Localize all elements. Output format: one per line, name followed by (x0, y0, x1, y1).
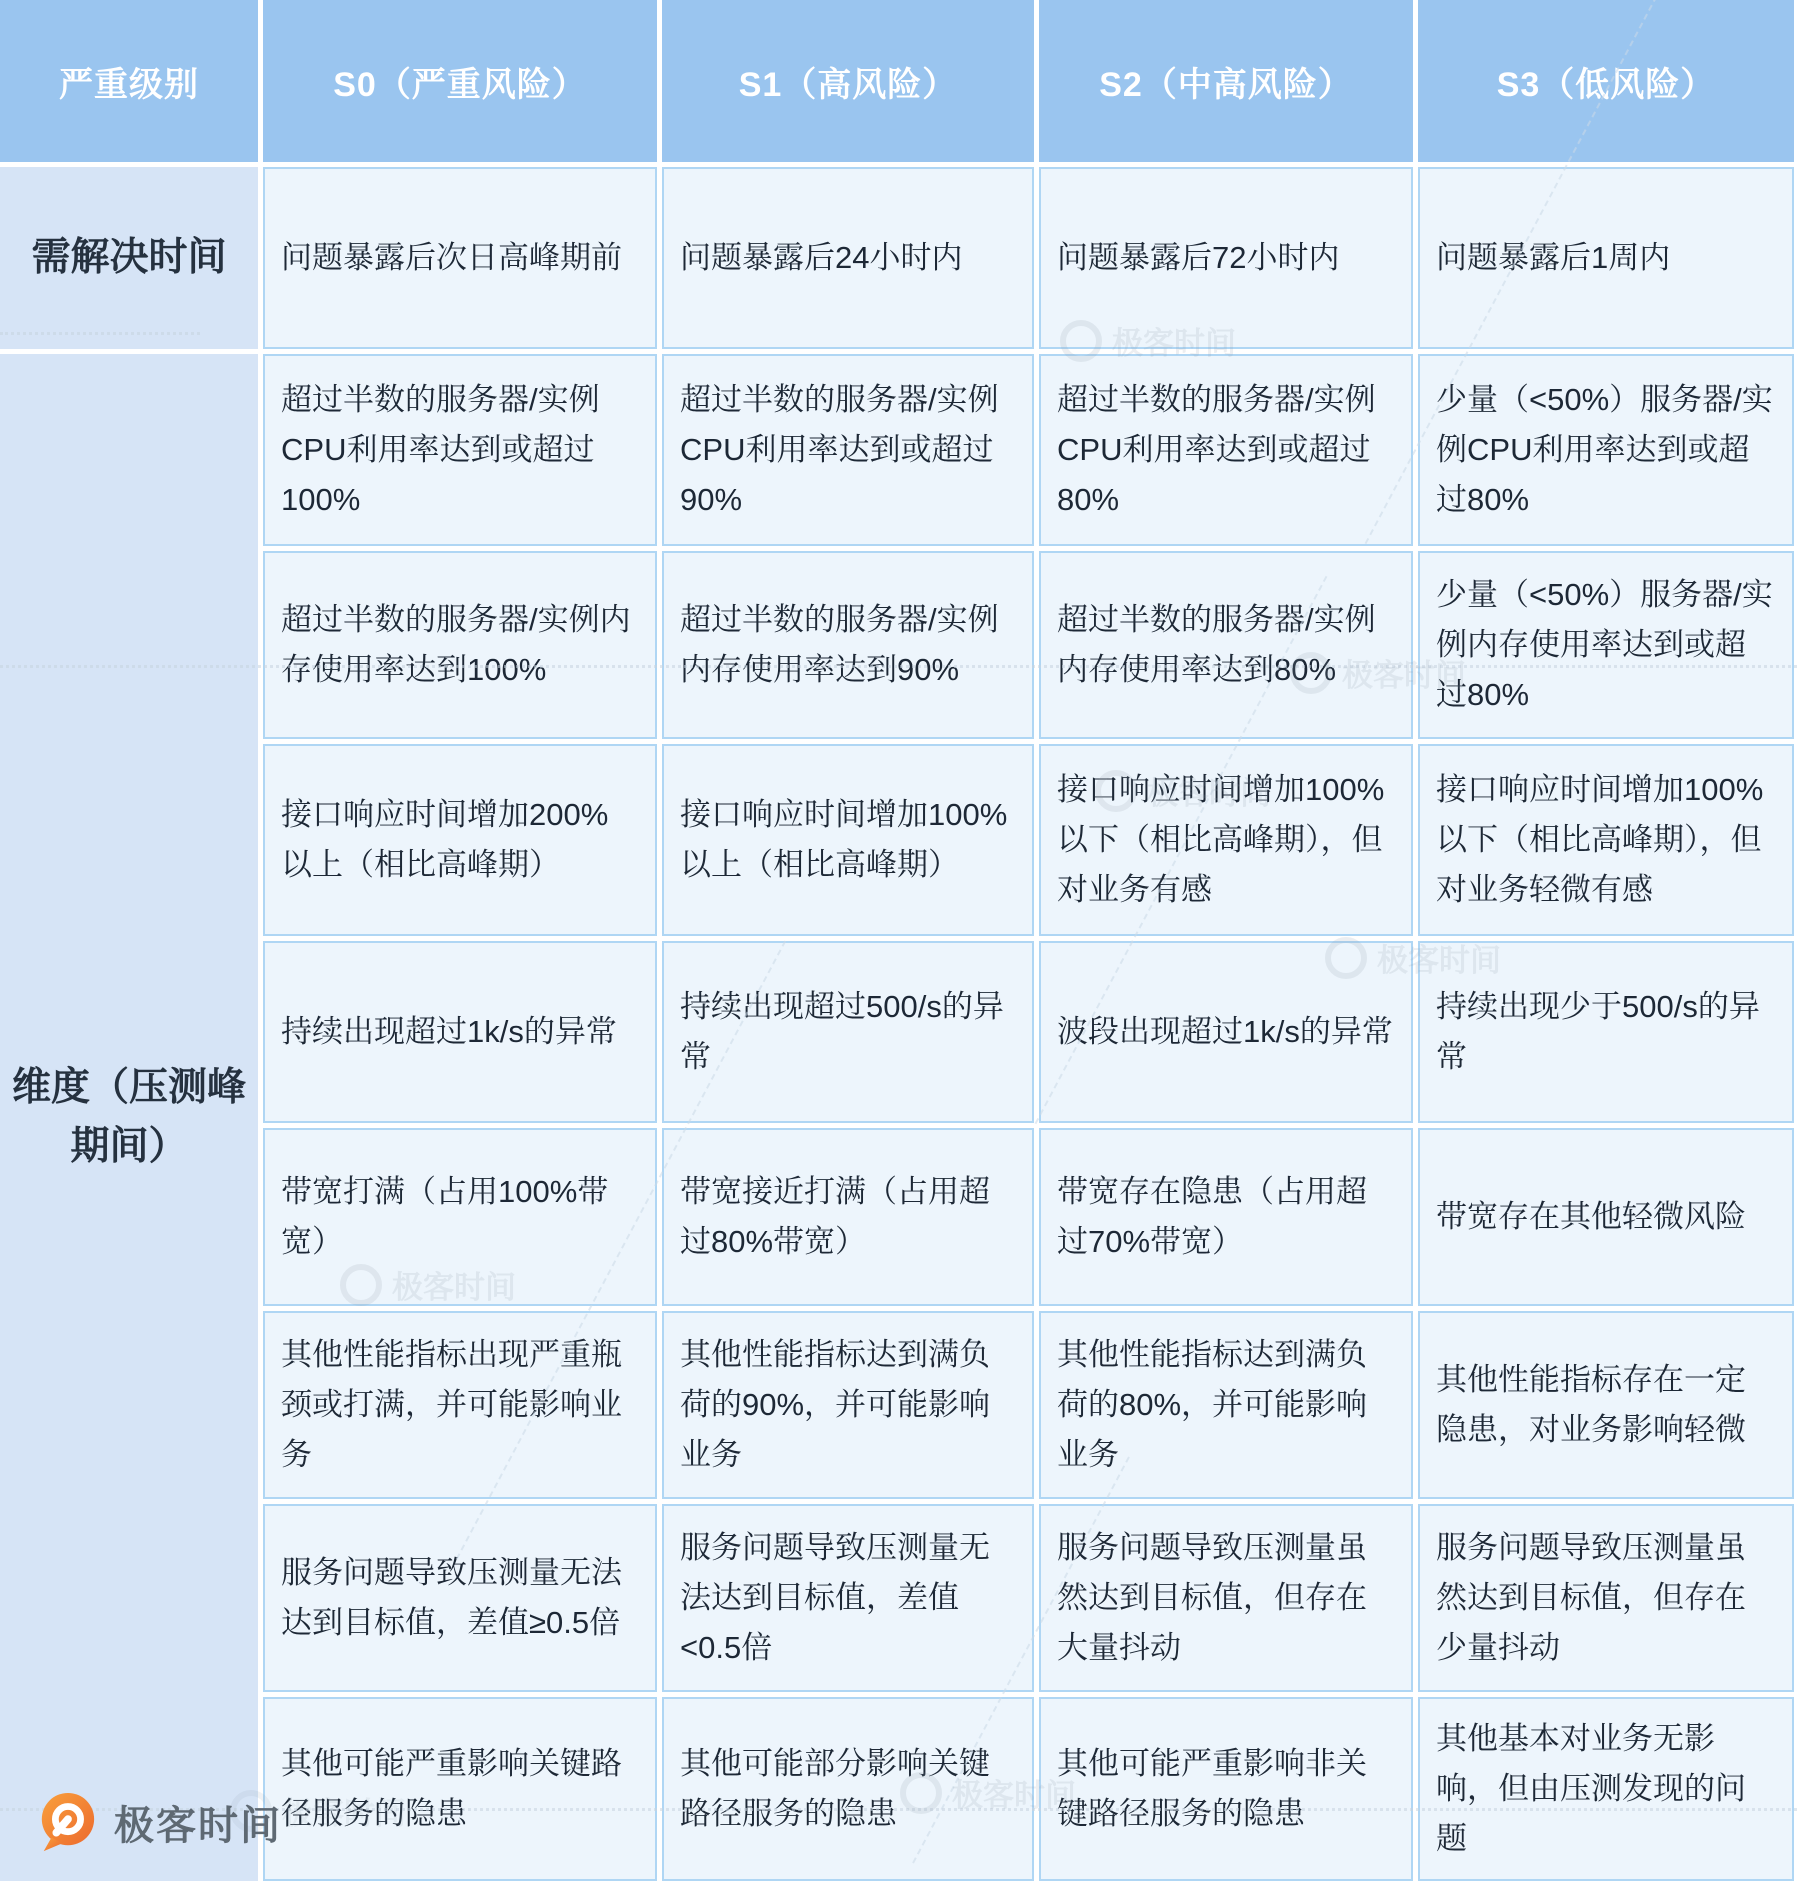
cell-exceptions-s2: 波段出现超过1k/s的异常 (1039, 941, 1413, 1123)
row-cpu: 维度（压测峰期间） 超过半数的服务器/实例CPU利用率达到或超过100% 超过半… (0, 354, 1794, 546)
header-s2: S2（中高风险） (1039, 0, 1413, 162)
cell-solve-time-s2: 问题暴露后72小时内 (1039, 167, 1413, 349)
cell-bandwidth-s2: 带宽存在隐患（占用超过70%带宽） (1039, 1128, 1413, 1306)
cell-response-s2: 接口响应时间增加100%以下（相比高峰期），但对业务有感 (1039, 744, 1413, 936)
cell-cpu-s3: 少量（<50%）服务器/实例CPU利用率达到或超过80% (1418, 354, 1794, 546)
cell-memory-s1: 超过半数的服务器/实例内存使用率达到90% (662, 551, 1034, 739)
row-pressure-target: 服务问题导致压测量无法达到目标值，差值≥0.5倍 服务问题导致压测量无法达到目标… (0, 1504, 1794, 1692)
geektime-logo-icon (36, 1791, 98, 1853)
row-other-perf: 其他性能指标出现严重瓶颈或打满，并可能影响业务 其他性能指标达到满负荷的90%，… (0, 1311, 1794, 1499)
geektime-logo: 极客时间 (36, 1791, 282, 1853)
cell-other-perf-s3: 其他性能指标存在一定隐患，对业务影响轻微 (1418, 1311, 1794, 1499)
cell-other-hidden-s0: 其他可能严重影响关键路径服务的隐患 (263, 1697, 657, 1881)
row-response-time: 接口响应时间增加200%以上（相比高峰期） 接口响应时间增加100%以上（相比高… (0, 744, 1794, 936)
cell-other-hidden-s2: 其他可能严重影响非关键路径服务的隐患 (1039, 1697, 1413, 1881)
header-s1: S1（高风险） (662, 0, 1034, 162)
row-label-dimension: 维度（压测峰期间） (0, 354, 258, 1881)
header-s0: S0（严重风险） (263, 0, 657, 162)
severity-table: 严重级别 S0（严重风险） S1（高风险） S2（中高风险） S3（低风险） 需… (0, 0, 1797, 1881)
row-solve-time: 需解决时间 问题暴露后次日高峰期前 问题暴露后24小时内 问题暴露后72小时内 … (0, 167, 1794, 349)
cell-bandwidth-s3: 带宽存在其他轻微风险 (1418, 1128, 1794, 1306)
cell-cpu-s0: 超过半数的服务器/实例CPU利用率达到或超过100% (263, 354, 657, 546)
header-row: 严重级别 S0（严重风险） S1（高风险） S2（中高风险） S3（低风险） (0, 0, 1794, 162)
cell-solve-time-s1: 问题暴露后24小时内 (662, 167, 1034, 349)
cell-bandwidth-s0: 带宽打满（占用100%带宽） (263, 1128, 657, 1306)
cell-other-perf-s0: 其他性能指标出现严重瓶颈或打满，并可能影响业务 (263, 1311, 657, 1499)
row-memory: 超过半数的服务器/实例内存使用率达到100% 超过半数的服务器/实例内存使用率达… (0, 551, 1794, 739)
cell-solve-time-s3: 问题暴露后1周内 (1418, 167, 1794, 349)
cell-cpu-s1: 超过半数的服务器/实例CPU利用率达到或超过90% (662, 354, 1034, 546)
cell-cpu-s2: 超过半数的服务器/实例CPU利用率达到或超过80% (1039, 354, 1413, 546)
cell-pressure-s3: 服务问题导致压测量虽然达到目标值，但存在少量抖动 (1418, 1504, 1794, 1692)
header-s3: S3（低风险） (1418, 0, 1794, 162)
row-other-hidden: 其他可能严重影响关键路径服务的隐患 其他可能部分影响关键路径服务的隐患 其他可能… (0, 1697, 1794, 1881)
cell-response-s3: 接口响应时间增加100%以下（相比高峰期），但对业务轻微有感 (1418, 744, 1794, 936)
cell-exceptions-s0: 持续出现超过1k/s的异常 (263, 941, 657, 1123)
cell-pressure-s1: 服务问题导致压测量无法达到目标值，差值<0.5倍 (662, 1504, 1034, 1692)
cell-pressure-s0: 服务问题导致压测量无法达到目标值，差值≥0.5倍 (263, 1504, 657, 1692)
cell-memory-s0: 超过半数的服务器/实例内存使用率达到100% (263, 551, 657, 739)
cell-response-s0: 接口响应时间增加200%以上（相比高峰期） (263, 744, 657, 936)
cell-exceptions-s3: 持续出现少于500/s的异常 (1418, 941, 1794, 1123)
row-bandwidth: 带宽打满（占用100%带宽） 带宽接近打满（占用超过80%带宽） 带宽存在隐患（… (0, 1128, 1794, 1306)
cell-other-perf-s2: 其他性能指标达到满负荷的80%，并可能影响业务 (1039, 1311, 1413, 1499)
cell-other-hidden-s1: 其他可能部分影响关键路径服务的隐患 (662, 1697, 1034, 1881)
cell-solve-time-s0: 问题暴露后次日高峰期前 (263, 167, 657, 349)
header-severity-label: 严重级别 (0, 0, 258, 162)
cell-memory-s2: 超过半数的服务器/实例内存使用率达到80% (1039, 551, 1413, 739)
row-exceptions: 持续出现超过1k/s的异常 持续出现超过500/s的异常 波段出现超过1k/s的… (0, 941, 1794, 1123)
cell-exceptions-s1: 持续出现超过500/s的异常 (662, 941, 1034, 1123)
cell-pressure-s2: 服务问题导致压测量虽然达到目标值，但存在大量抖动 (1039, 1504, 1413, 1692)
cell-other-hidden-s3: 其他基本对业务无影响，但由压测发现的问题 (1418, 1697, 1794, 1881)
cell-memory-s3: 少量（<50%）服务器/实例内存使用率达到或超过80% (1418, 551, 1794, 739)
severity-table-page: 严重级别 S0（严重风险） S1（高风险） S2（中高风险） S3（低风险） 需… (0, 0, 1797, 1881)
cell-other-perf-s1: 其他性能指标达到满负荷的90%，并可能影响业务 (662, 1311, 1034, 1499)
cell-bandwidth-s1: 带宽接近打满（占用超过80%带宽） (662, 1128, 1034, 1306)
cell-response-s1: 接口响应时间增加100%以上（相比高峰期） (662, 744, 1034, 936)
geektime-logo-text: 极客时间 (114, 1794, 282, 1851)
row-label-solve-time: 需解决时间 (0, 167, 258, 349)
